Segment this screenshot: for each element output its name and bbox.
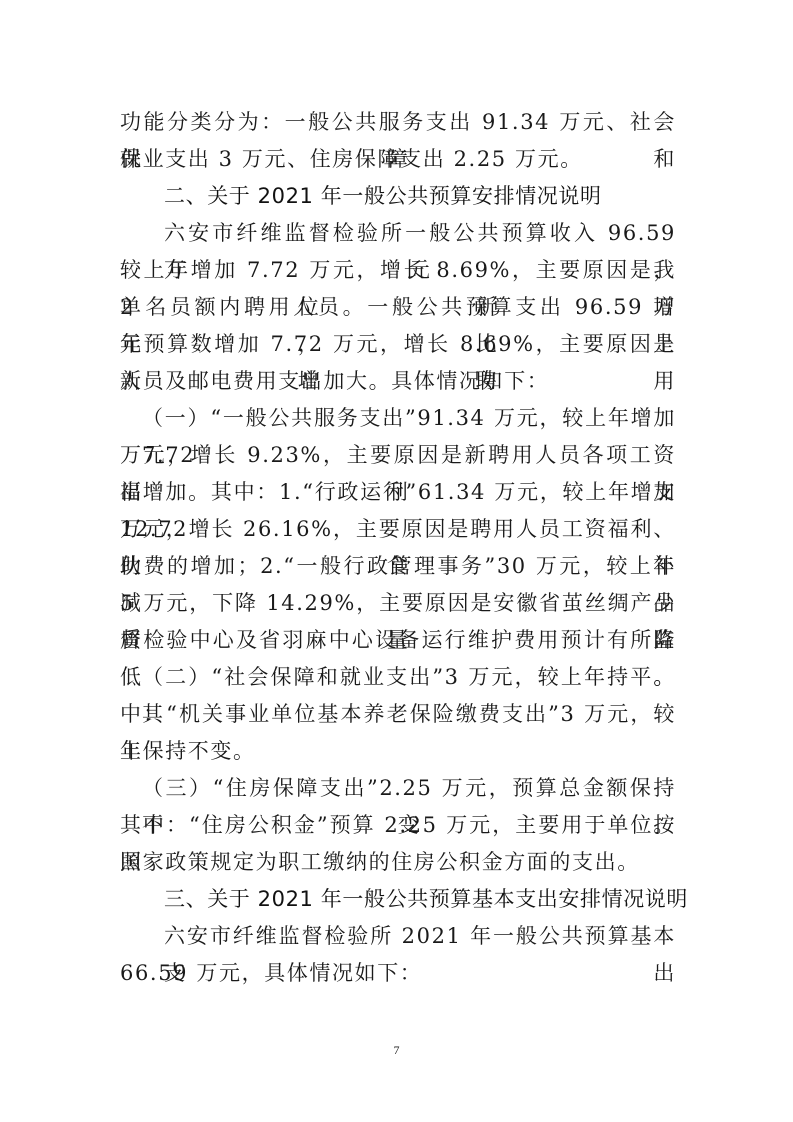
paragraph-line: 出增加。其中：1.“行政运行”61.34 万元，较上年增加 12.72: [120, 474, 676, 511]
document-body: 功能分类分为：一般公共服务支出 91.34 万元、社会保障和 就业支出 3 万元…: [120, 104, 676, 992]
paragraph-line: 助费的增加；2.“一般行政管理事务”30 万元，较上年减少: [120, 548, 676, 585]
paragraph-line: （三）“住房保障支出”2.25 万元，预算总金额保持不变。: [120, 770, 676, 807]
paragraph-line: 万元，增长 9.23%，主要原因是新聘用人员各项工资福利支: [120, 437, 676, 474]
paragraph-line: 较上年增加 7.72 万元，增长 8.69%，主要原因是我单位新增: [120, 252, 676, 289]
paragraph-line: 其中：“住房公积金”预算 2.25 万元，主要用于单位按照: [120, 807, 676, 844]
paragraph-line: 功能分类分为：一般公共服务支出 91.34 万元、社会保障和: [120, 104, 676, 141]
paragraph-line: （二）“社会保障和就业支出”3 万元，较上年持平。 其: [120, 659, 676, 696]
paragraph-line: 年预算数增加 7.72 万元，增长 8.69%，主要原因是新增聘用: [120, 326, 676, 363]
document-page: 功能分类分为：一般公共服务支出 91.34 万元、社会保障和 就业支出 3 万元…: [0, 0, 793, 1122]
paragraph-line: （一）“一般公共服务支出”91.34 万元，较上年增加 7.72: [120, 400, 676, 437]
paragraph-line: 督检验中心及省羽麻中心设备运行维护费用预计有所降低。: [120, 622, 676, 659]
paragraph-line: 万元，增长 26.16%，主要原因是聘用人员工资福利、伙食补: [120, 511, 676, 548]
paragraph-line: 5 万元，下降 14.29%，主要原因是安徽省茧丝绸产品质量监: [120, 585, 676, 622]
section-heading-3: 三、关于 2021 年一般公共预算基本支出安排情况说明: [120, 881, 676, 918]
paragraph-line: 国家政策规定为职工缴纳的住房公积金方面的支出。: [120, 844, 676, 881]
paragraph-line: 年保持不变。: [120, 733, 676, 770]
paragraph-line: 六安市纤维监督检验所 2021 年一般公共预算基本支出: [120, 918, 676, 955]
page-number: 7: [0, 1043, 793, 1058]
paragraph-line: 2 名员额内聘用人员。一般公共预算支出 96.59 万元，比上: [120, 289, 676, 326]
paragraph-line: 中：“机关事业单位基本养老保险缴费支出”3 万元，较上: [120, 696, 676, 733]
section-heading-2: 二、关于 2021 年一般公共预算安排情况说明: [120, 178, 676, 215]
paragraph-line: 六安市纤维监督检验所一般公共预算收入 96.59 万元，: [120, 215, 676, 252]
